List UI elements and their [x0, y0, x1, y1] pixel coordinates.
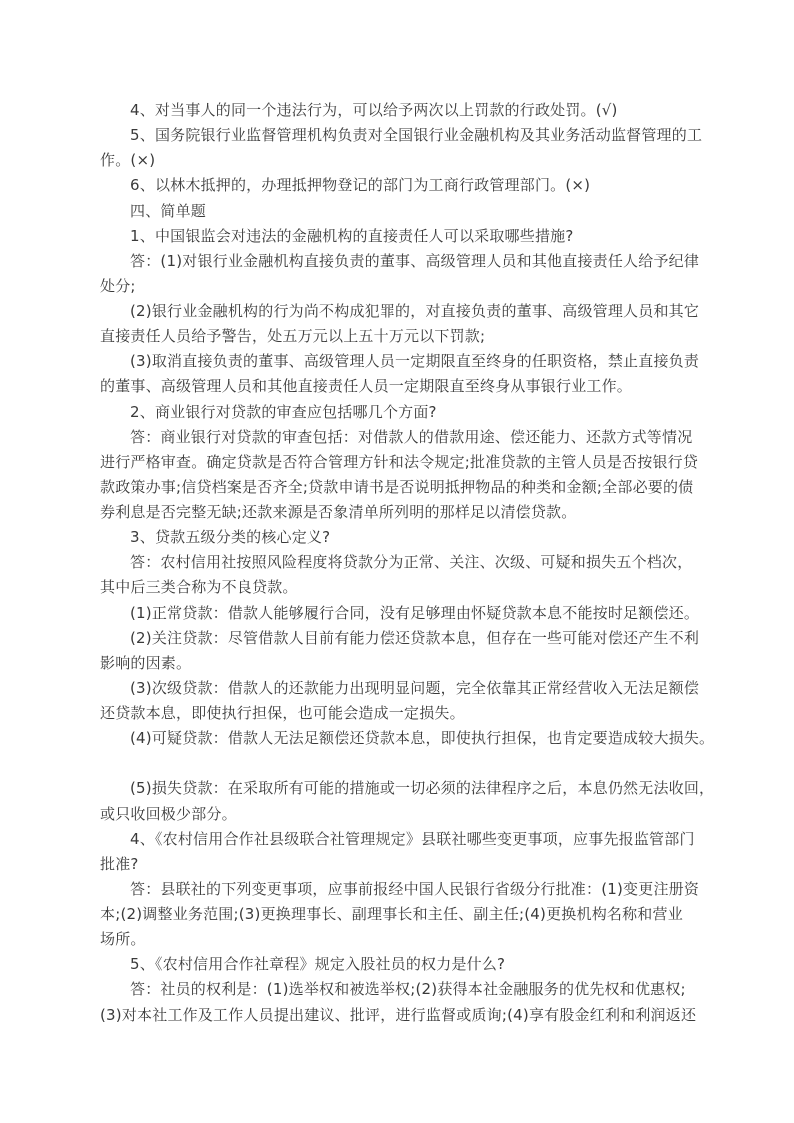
text-line: 作。(×) [100, 148, 700, 173]
text-line: (3)对本社工作及工作人员提出建议、批评，进行监督或质询;(4)享有股金红利和利… [100, 1003, 700, 1028]
text-line: 1、中国银监会对违法的金融机构的直接责任人可以采取哪些措施? [100, 224, 700, 249]
text-line: 本;(2)调整业务范围;(3)更换理事长、副理事长和主任、副主任;(4)更换机构… [100, 902, 700, 927]
text-line: 影响的因素。 [100, 651, 700, 676]
text-line: 款政策办事;信贷档案是否齐全;贷款申请书是否说明抵押物品的种类和金额;全部必要的… [100, 475, 700, 500]
text-line: 2、商业银行对贷款的审查应包括哪几个方面? [100, 400, 700, 425]
text-line: 还贷款本息，即使执行担保，也可能会造成一定损失。 [100, 701, 700, 726]
text-line: (2)关注贷款：尽管借款人目前有能力偿还贷款本息，但存在一些可能对偿还产生不利 [100, 626, 700, 651]
text-line: 答：商业银行对贷款的审查包括：对借款人的借款用途、偿还能力、还款方式等情况 [100, 425, 700, 450]
text-line: 场所。 [100, 927, 700, 952]
text-line: 3、贷款五级分类的核心定义? [100, 525, 700, 550]
text-line: 5、国务院银行业监督管理机构负责对全国银行业金融机构及其业务活动监督管理的工 [100, 123, 700, 148]
text-line: 答：县联社的下列变更事项，应事前报经中国人民银行省级分行批准：(1)变更注册资 [100, 877, 700, 902]
text-line: 其中后三类合称为不良贷款。 [100, 575, 700, 600]
document-text-block: 4、对当事人的同一个违法行为，可以给予两次以上罚款的行政处罚。(√)5、国务院银… [100, 98, 700, 1028]
text-line: (3)取消直接负责的董事、高级管理人员一定期限直至终身的任职资格，禁止直接负责 [100, 349, 700, 374]
text-line: (2)银行业金融机构的行为尚不构成犯罪的，对直接负责的董事、高级管理人员和其它 [100, 299, 700, 324]
text-line: 或只收回极少部分。 [100, 802, 700, 827]
text-line: 批准? [100, 852, 700, 877]
text-line: (4)可疑贷款：借款人无法足额偿还贷款本息，即使执行担保，也肯定要造成较大损失。 [100, 726, 700, 751]
text-line: 4、对当事人的同一个违法行为，可以给予两次以上罚款的行政处罚。(√) [100, 98, 700, 123]
text-line: 券利息是否完整无缺;还款来源是否象清单所列明的那样足以清偿贷款。 [100, 500, 700, 525]
text-line: 直接责任人员给予警告，处五万元以上五十万元以下罚款; [100, 324, 700, 349]
text-line: 的董事、高级管理人员和其他直接责任人员一定期限直至终身从事银行业工作。 [100, 374, 700, 399]
text-line: 答：农村信用社按照风险程度将贷款分为正常、关注、次级、可疑和损失五个档次， [100, 550, 700, 575]
text-line: 四、简单题 [100, 199, 700, 224]
text-line: 6、以林木抵押的，办理抵押物登记的部门为工商行政管理部门。(×) [100, 173, 700, 198]
text-line: (3)次级贷款：借款人的还款能力出现明显问题，完全依靠其正常经营收入无法足额偿 [100, 676, 700, 701]
text-line: 答：社员的权利是：(1)选举权和被选举权;(2)获得本社金融服务的优先权和优惠权… [100, 977, 700, 1002]
text-line: 答：(1)对银行业金融机构直接负责的董事、高级管理人员和其他直接责任人给予纪律 [100, 249, 700, 274]
text-line [100, 751, 700, 776]
text-line: 进行严格审查。确定贷款是否符合管理方针和法令规定;批准贷款的主管人员是否按银行贷 [100, 450, 700, 475]
text-line: (1)正常贷款：借款人能够履行合同，没有足够理由怀疑贷款本息不能按时足额偿还。 [100, 601, 700, 626]
text-line: 处分; [100, 274, 700, 299]
document-page: 4、对当事人的同一个违法行为，可以给予两次以上罚款的行政处罚。(√)5、国务院银… [0, 0, 794, 1123]
text-line: (5)损失贷款：在采取所有可能的措施或一切必须的法律程序之后，本息仍然无法收回， [100, 776, 700, 801]
text-line: 4、《农村信用合作社县级联合社管理规定》县联社哪些变更事项，应事先报监管部门 [100, 827, 700, 852]
text-line: 5、《农村信用合作社章程》规定入股社员的权力是什么? [100, 952, 700, 977]
